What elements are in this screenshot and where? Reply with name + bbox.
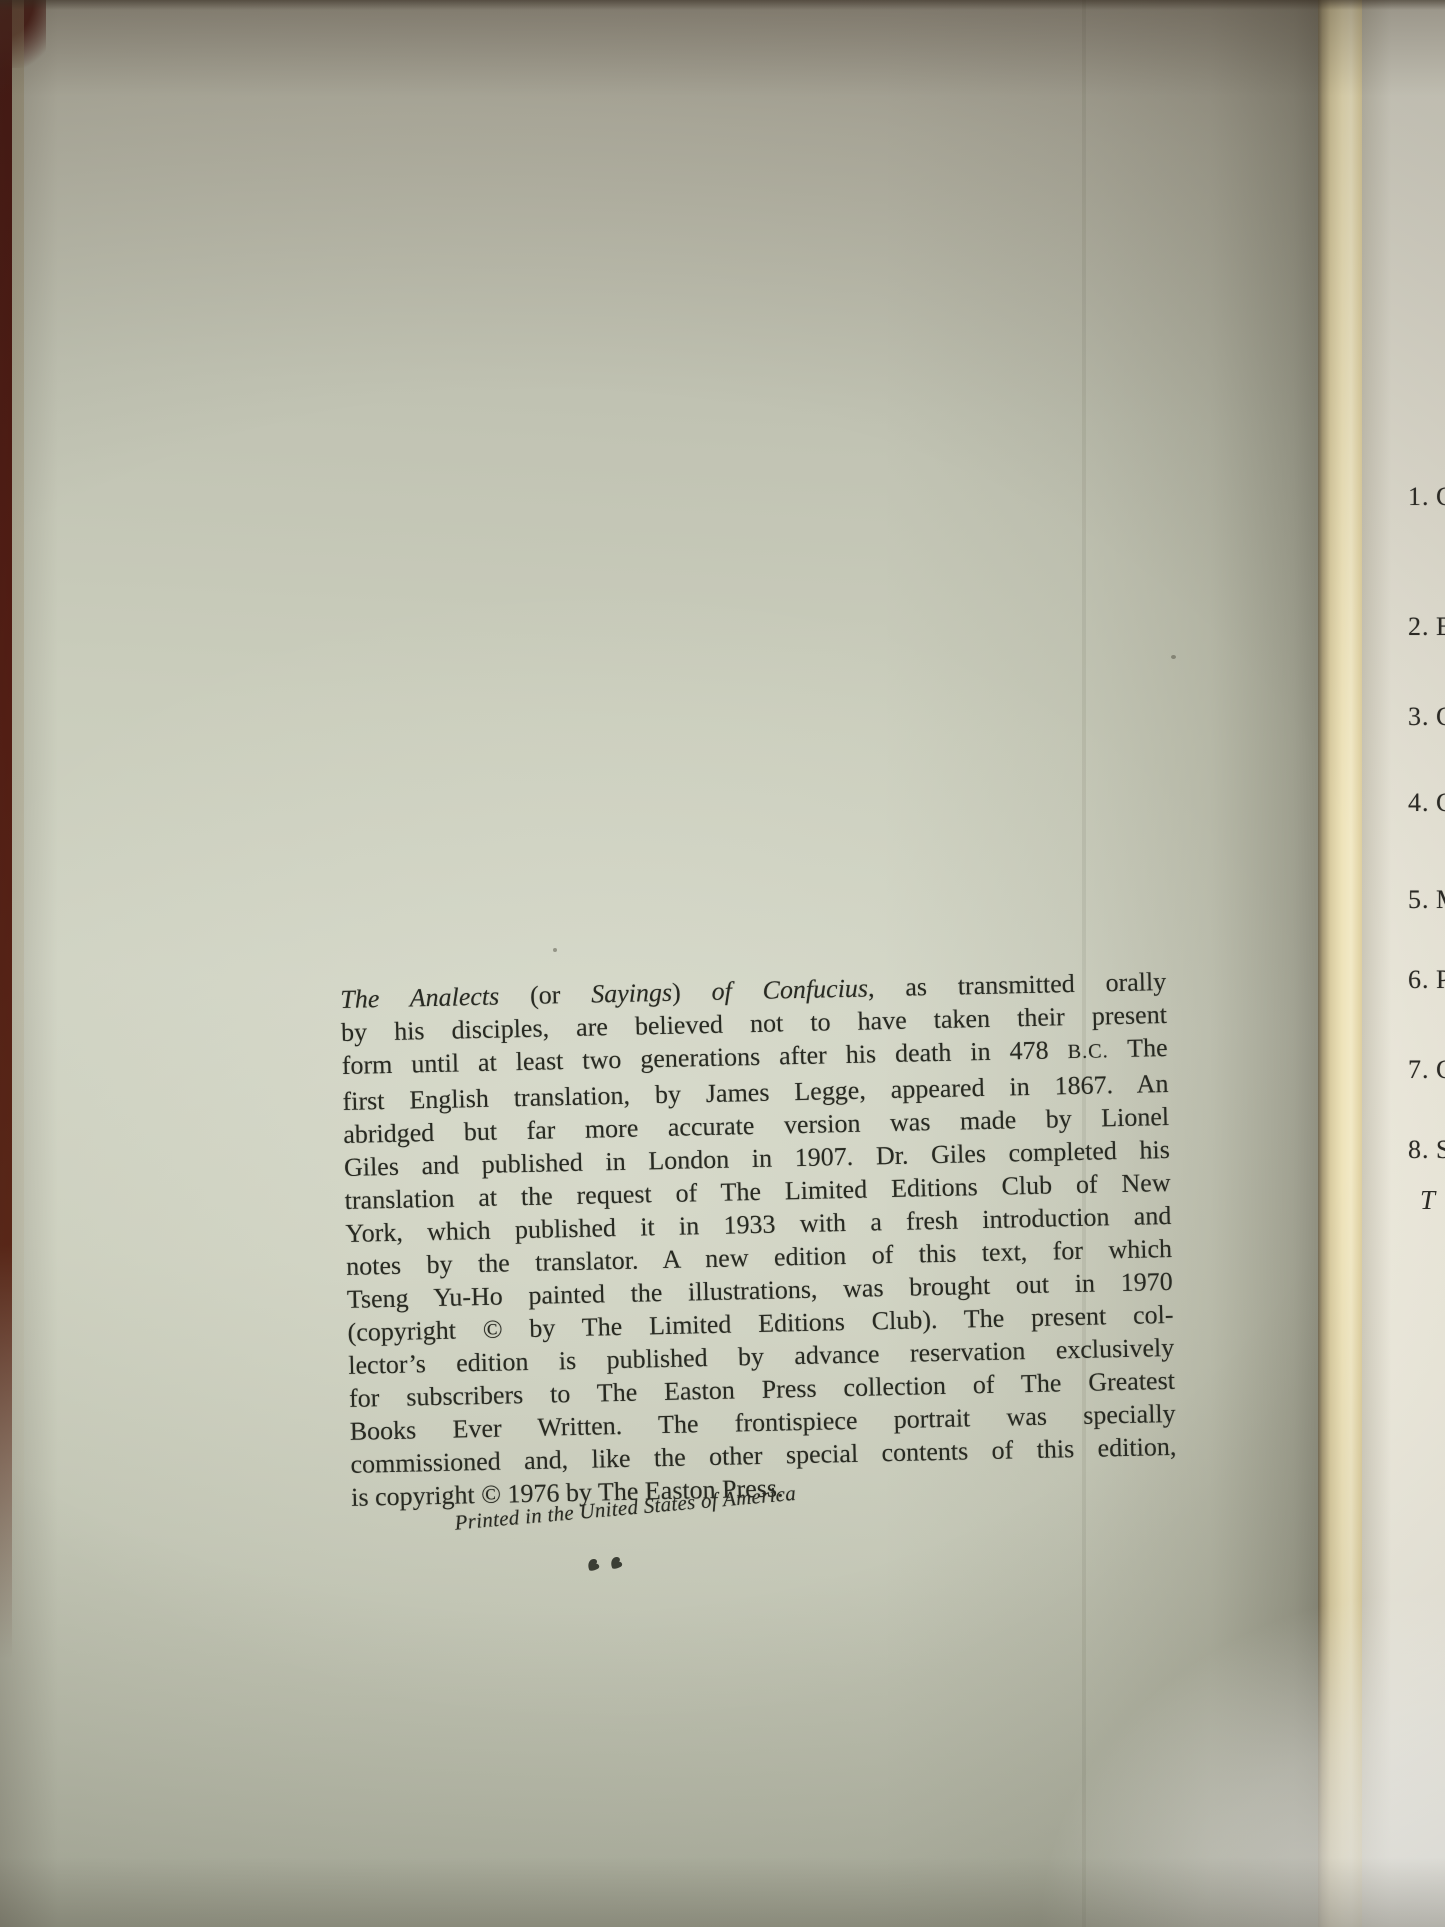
contents-list-item: 2. E xyxy=(1408,612,1445,642)
contents-list-item: 3. C xyxy=(1408,702,1445,732)
facing-contents-page: T 1. C2. E3. C4. C5. M6. P7. C8. S xyxy=(1362,0,1445,1927)
contents-list-item: 4. C xyxy=(1408,788,1445,818)
fleuron-icon xyxy=(607,1553,625,1571)
contents-list-item: 5. M xyxy=(1408,885,1445,915)
page-crease xyxy=(1082,0,1086,1927)
paper-speck xyxy=(1171,655,1176,659)
contents-list-item: 7. C xyxy=(1408,1055,1445,1085)
page-fore-edge xyxy=(1318,0,1362,1927)
page-bottom-shadow xyxy=(0,1857,1445,1927)
contents-partial-title: T xyxy=(1420,1185,1435,1216)
paper-speck xyxy=(553,948,557,952)
contents-list-item: 6. P xyxy=(1408,965,1445,995)
fleuron-icon xyxy=(584,1555,602,1573)
printers-ornament-icon xyxy=(584,1553,625,1573)
contents-list-item: 1. C xyxy=(1408,482,1445,512)
book-copyright-page-photo: The Analects (or Sayings) of Confucius, … xyxy=(0,0,1445,1927)
copyright-paragraph: The Analects (or Sayings) of Confucius, … xyxy=(340,965,1177,1514)
contents-list-item: 8. S xyxy=(1408,1135,1445,1165)
page-left-edge xyxy=(12,0,24,1680)
page-gutter-shadow xyxy=(880,0,1320,1927)
book-cover-edge xyxy=(0,0,12,1660)
page-top-shadow xyxy=(0,0,1445,10)
